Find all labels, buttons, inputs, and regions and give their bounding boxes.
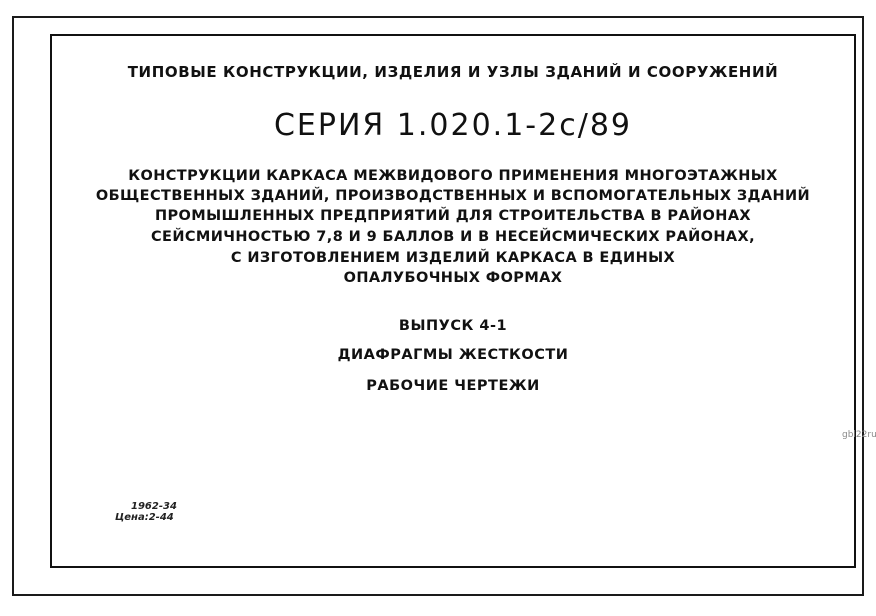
handwritten-price: Цена:2-44 — [115, 513, 174, 523]
document-kind: РАБОЧИЕ ЧЕРТЕЖИ — [50, 378, 856, 394]
description-line: ПРОМЫШЛЕННЫХ ПРЕДПРИЯТИЙ ДЛЯ СТРОИТЕЛЬСТ… — [50, 206, 856, 226]
handwritten-number: 1962-34 — [131, 502, 177, 512]
document-header: ТИПОВЫЕ КОНСТРУКЦИИ, ИЗДЕЛИЯ И УЗЛЫ ЗДАН… — [50, 63, 856, 81]
subject-title: ДИАФРАГМЫ ЖЕСТКОСТИ — [50, 347, 856, 363]
description-line: ОБЩЕСТВЕННЫХ ЗДАНИЙ, ПРОИЗВОДСТВЕННЫХ И … — [50, 186, 856, 206]
description-line: СЕЙСМИЧНОСТЬЮ 7,8 И 9 БАЛЛОВ И В НЕСЕЙСМ… — [50, 227, 856, 247]
description-line: С ИЗГОТОВЛЕНИЕМ ИЗДЕЛИЙ КАРКАСА В ЕДИНЫХ — [50, 248, 856, 268]
description-line: КОНСТРУКЦИИ КАРКАСА МЕЖВИДОВОГО ПРИМЕНЕН… — [50, 166, 856, 186]
series-title: СЕРИЯ 1.020.1-2с/89 — [50, 108, 856, 143]
issue-number: ВЫПУСК 4-1 — [50, 318, 856, 334]
watermark: gbl22ru — [842, 430, 876, 440]
description-line: ОПАЛУБОЧНЫХ ФОРМАХ — [50, 268, 856, 288]
